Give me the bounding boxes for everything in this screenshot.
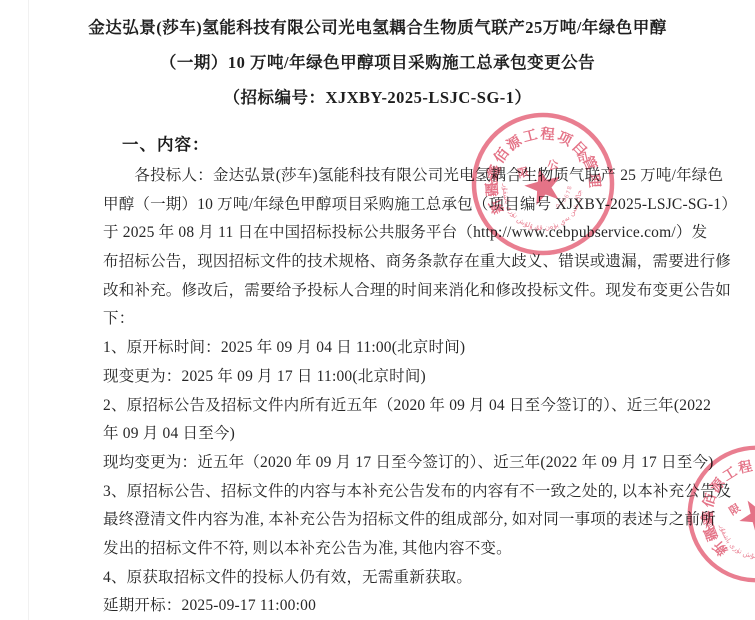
document-line: 3、原招标公告、招标文件的内容与本补充公告发布的内容有不一致之处的, 以本补充公… — [103, 478, 678, 507]
document-line: 下： — [103, 305, 678, 334]
document-line: 4、原获取招标文件的投标人仍有效，无需重新获取。 — [103, 564, 678, 593]
document-line: 改和补充。修改后，需要给予投标人合理的时间来消化和修改投标文件。现发布变更公告如 — [103, 277, 678, 306]
document-line: 发出的招标文件不符, 则以本补充公告为准, 其他内容不变。 — [103, 535, 678, 564]
document-line: 2、原招标公告及招标文件内所有近五年（2020 年 09 月 04 日至今签订的… — [103, 392, 678, 421]
document-line: 现均变更为：近五年（2020 年 09 月 17 日至今签订的）、近三年(202… — [103, 449, 678, 478]
document-line: 1、原开标时间：2025 年 09 月 04 日 11:00(北京时间) — [103, 334, 678, 363]
scanned-announcement-page: 金达弘景(莎车)氢能科技有限公司光电氢耦合生物质气联产25万吨/年绿色甲醇 （一… — [0, 0, 755, 620]
document-line: 最终澄清文件内容为准, 本补充公告为招标文件的组成部分, 如对同一事项的表述与之… — [103, 506, 678, 535]
document-line: 年 09 月 04 日至今) — [103, 420, 678, 449]
document-line: 现变更为：2025 年 09 月 17 日 11:00(北京时间) — [103, 363, 678, 392]
title-line-1: 金达弘景(莎车)氢能科技有限公司光电氢耦合生物质气联产25万吨/年绿色甲醇 — [0, 10, 755, 45]
document-line: 布招标公告，现因招标文件的技术规格、商务条款存在重大歧义、错误或遗漏，需要进行修 — [103, 248, 678, 277]
document-line: 延期开标：2025-09-17 11:00:00 — [103, 592, 678, 620]
title-line-2: （一期）10 万吨/年绿色甲醇项目采购施工总承包变更公告 — [0, 45, 755, 80]
title-line-3: （招标编号：XJXBY-2025-LSJC-SG-1） — [0, 80, 755, 115]
document-title: 金达弘景(莎车)氢能科技有限公司光电氢耦合生物质气联产25万吨/年绿色甲醇 （一… — [0, 10, 755, 115]
section-heading: 一、内容： — [122, 131, 210, 155]
